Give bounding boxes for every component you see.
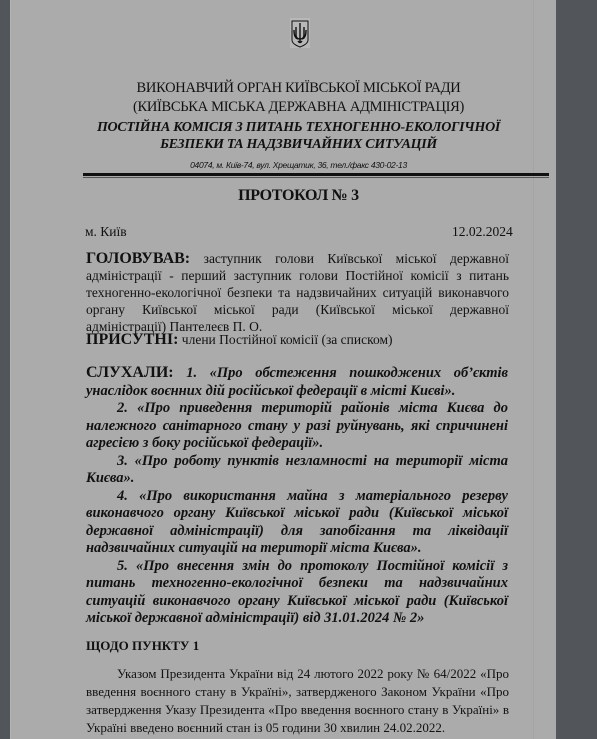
present-text: члени Постійної комісії (за списком) xyxy=(178,332,392,347)
agenda-item-2: 2. «Про приведення територій районів міс… xyxy=(86,400,508,453)
present-paragraph: ПРИСУТНІ: члени Постійної комісії (за сп… xyxy=(86,331,510,348)
section-heading: ЩОДО ПУНКТУ 1 xyxy=(86,637,199,654)
committee-name-line2: БЕЗПЕКИ ТА НАДЗВИЧАЙНИХ СИТУАЦІЙ xyxy=(0,137,597,153)
agenda-item-4: 4. «Про використання майна з матеріально… xyxy=(86,488,508,558)
section-paragraph: Указом Президента України від 24 лютого … xyxy=(86,665,509,737)
org-name-line2: (КИЇВСЬКА МІСЬКА ДЕРЖАВНА АДМІНІСТРАЦІЯ) xyxy=(0,99,597,116)
address-line: 04074, м. Київ-74, вул. Хрещатик, 36, те… xyxy=(0,160,597,170)
date: 12.02.2024 xyxy=(452,223,513,240)
org-name-line1: ВИКОНАВЧИЙ ОРГАН КИЇВСЬКОЇ МІСЬКОЇ РАДИ xyxy=(0,80,597,97)
heard-agenda: СЛУХАЛИ: 1. «Про обстеження пошкоджених … xyxy=(86,364,508,628)
city: м. Київ xyxy=(85,223,127,240)
heard-label: СЛУХАЛИ: xyxy=(86,364,174,381)
chaired-label: ГОЛОВУВАВ: xyxy=(86,250,190,267)
agenda-item-5: 5. «Про внесення змін до протоколу Пості… xyxy=(86,558,508,628)
committee-name-line1: ПОСТІЙНА КОМІСІЯ З ПИТАНЬ ТЕХНОГЕННО-ЕКО… xyxy=(0,120,597,136)
coat-of-arms-trident-icon xyxy=(290,18,310,48)
chaired-by-paragraph: ГОЛОВУВАВ: заступник голови Київської мі… xyxy=(86,250,509,335)
agenda-item-3: 3. «Про роботу пунктів незламності на те… xyxy=(86,453,508,488)
protocol-title: ПРОТОКОЛ № 3 xyxy=(0,187,597,205)
agenda-item-1: СЛУХАЛИ: 1. «Про обстеження пошкоджених … xyxy=(86,364,508,400)
present-label: ПРИСУТНІ: xyxy=(86,331,178,348)
header-separator-thin xyxy=(83,177,549,178)
header-separator xyxy=(83,173,549,176)
